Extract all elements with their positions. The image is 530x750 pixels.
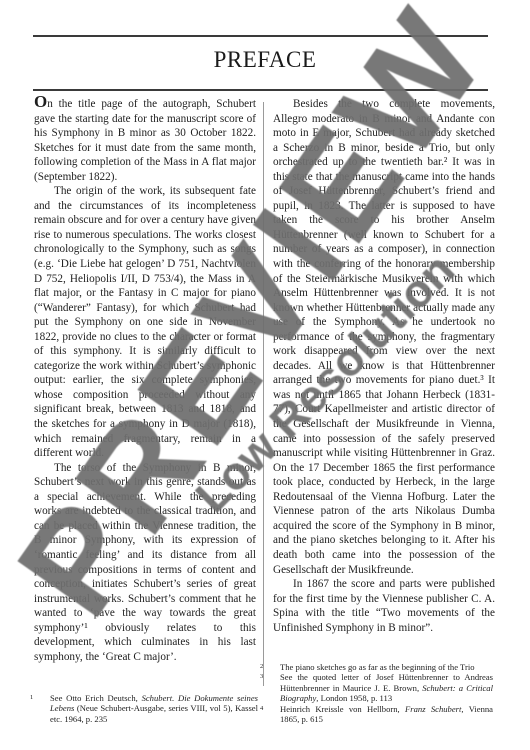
drop-cap: O — [34, 92, 47, 111]
footnote-marker: 1 — [40, 693, 50, 703]
paragraph-5: In 1867 the score and parts were publish… — [273, 577, 495, 635]
footnote-text: See Otto Erich Deutsch, — [50, 693, 142, 703]
paragraph-4: Besides the two complete movements, Alle… — [273, 97, 495, 577]
right-column: Besides the two complete movements, Alle… — [273, 97, 495, 635]
paragraph-3: The torso of the Symphony in B minor, Sc… — [34, 461, 256, 665]
paragraph-1: On the title page of the autograph, Schu… — [34, 97, 256, 184]
footnote-2: 2The piano sketches go as far as the beg… — [270, 662, 493, 672]
paragraph-2: The origin of the work, its subsequent f… — [34, 184, 256, 460]
column-separator — [263, 102, 264, 686]
title-bottom-rule — [33, 89, 488, 91]
footnote-text: (Neue Schubert-Ausgabe, series VIII, vol… — [50, 703, 258, 723]
left-column: On the title page of the autograph, Schu… — [34, 97, 256, 664]
footnote-text: The piano sketches go as far as the begi… — [280, 662, 475, 672]
footnote-3: 3See the quoted letter of Josef Hüttenbr… — [270, 672, 493, 703]
page-title: PREFACE — [0, 47, 530, 73]
footnote-marker: 3 — [270, 672, 280, 682]
paragraph-text: n the title page of the autograph, Schub… — [34, 98, 256, 183]
top-rule — [33, 35, 488, 37]
footnote-text: , London 1958, p. 113 — [316, 693, 392, 703]
footnote-4: 4Heinrich Kreissle von Hellborn, Franz S… — [270, 704, 493, 725]
footnotes-right: 2The piano sketches go as far as the beg… — [270, 662, 493, 724]
footnote-1: 1See Otto Erich Deutsch, Schubert. Die D… — [40, 693, 258, 724]
footnote-title: Franz Schubert — [405, 704, 461, 714]
footnotes-left: 1See Otto Erich Deutsch, Schubert. Die D… — [40, 693, 258, 724]
footnote-text: Heinrich Kreissle von Hellborn, — [280, 704, 405, 714]
footnote-marker: 4 — [270, 704, 280, 714]
footnote-marker: 2 — [270, 662, 280, 672]
